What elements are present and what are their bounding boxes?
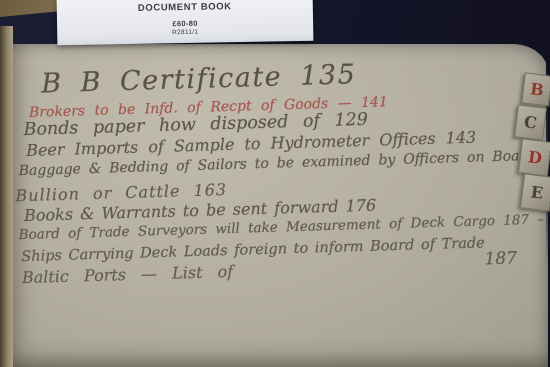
index-tab-letter: C (523, 112, 538, 132)
handwritten-index-entries: B B Certificate 135 Brokers to be Infd. … (0, 0, 550, 367)
index-tab-letter: E (530, 182, 544, 202)
index-tab-e: E (520, 173, 550, 211)
index-entry: B B Certificate 135 (41, 59, 357, 99)
index-tab-letter: D (527, 147, 543, 168)
book-page-edges (0, 26, 13, 367)
label-title: DOCUMENT BOOK (57, 0, 313, 15)
index-tab-d: D (518, 138, 550, 176)
auction-lot-label: DOCUMENT BOOK £60-80 R2811/1 (57, 0, 314, 45)
index-entry: Baltic Ports — List of (22, 262, 234, 287)
index-tab-c: C (514, 104, 547, 140)
photo-of-document-book: B B Certificate 135 Brokers to be Infd. … (0, 0, 550, 367)
index-tab-b: B (521, 72, 550, 106)
index-entry-page-number: 187 (484, 248, 517, 269)
index-tab-letter: B (529, 79, 545, 100)
